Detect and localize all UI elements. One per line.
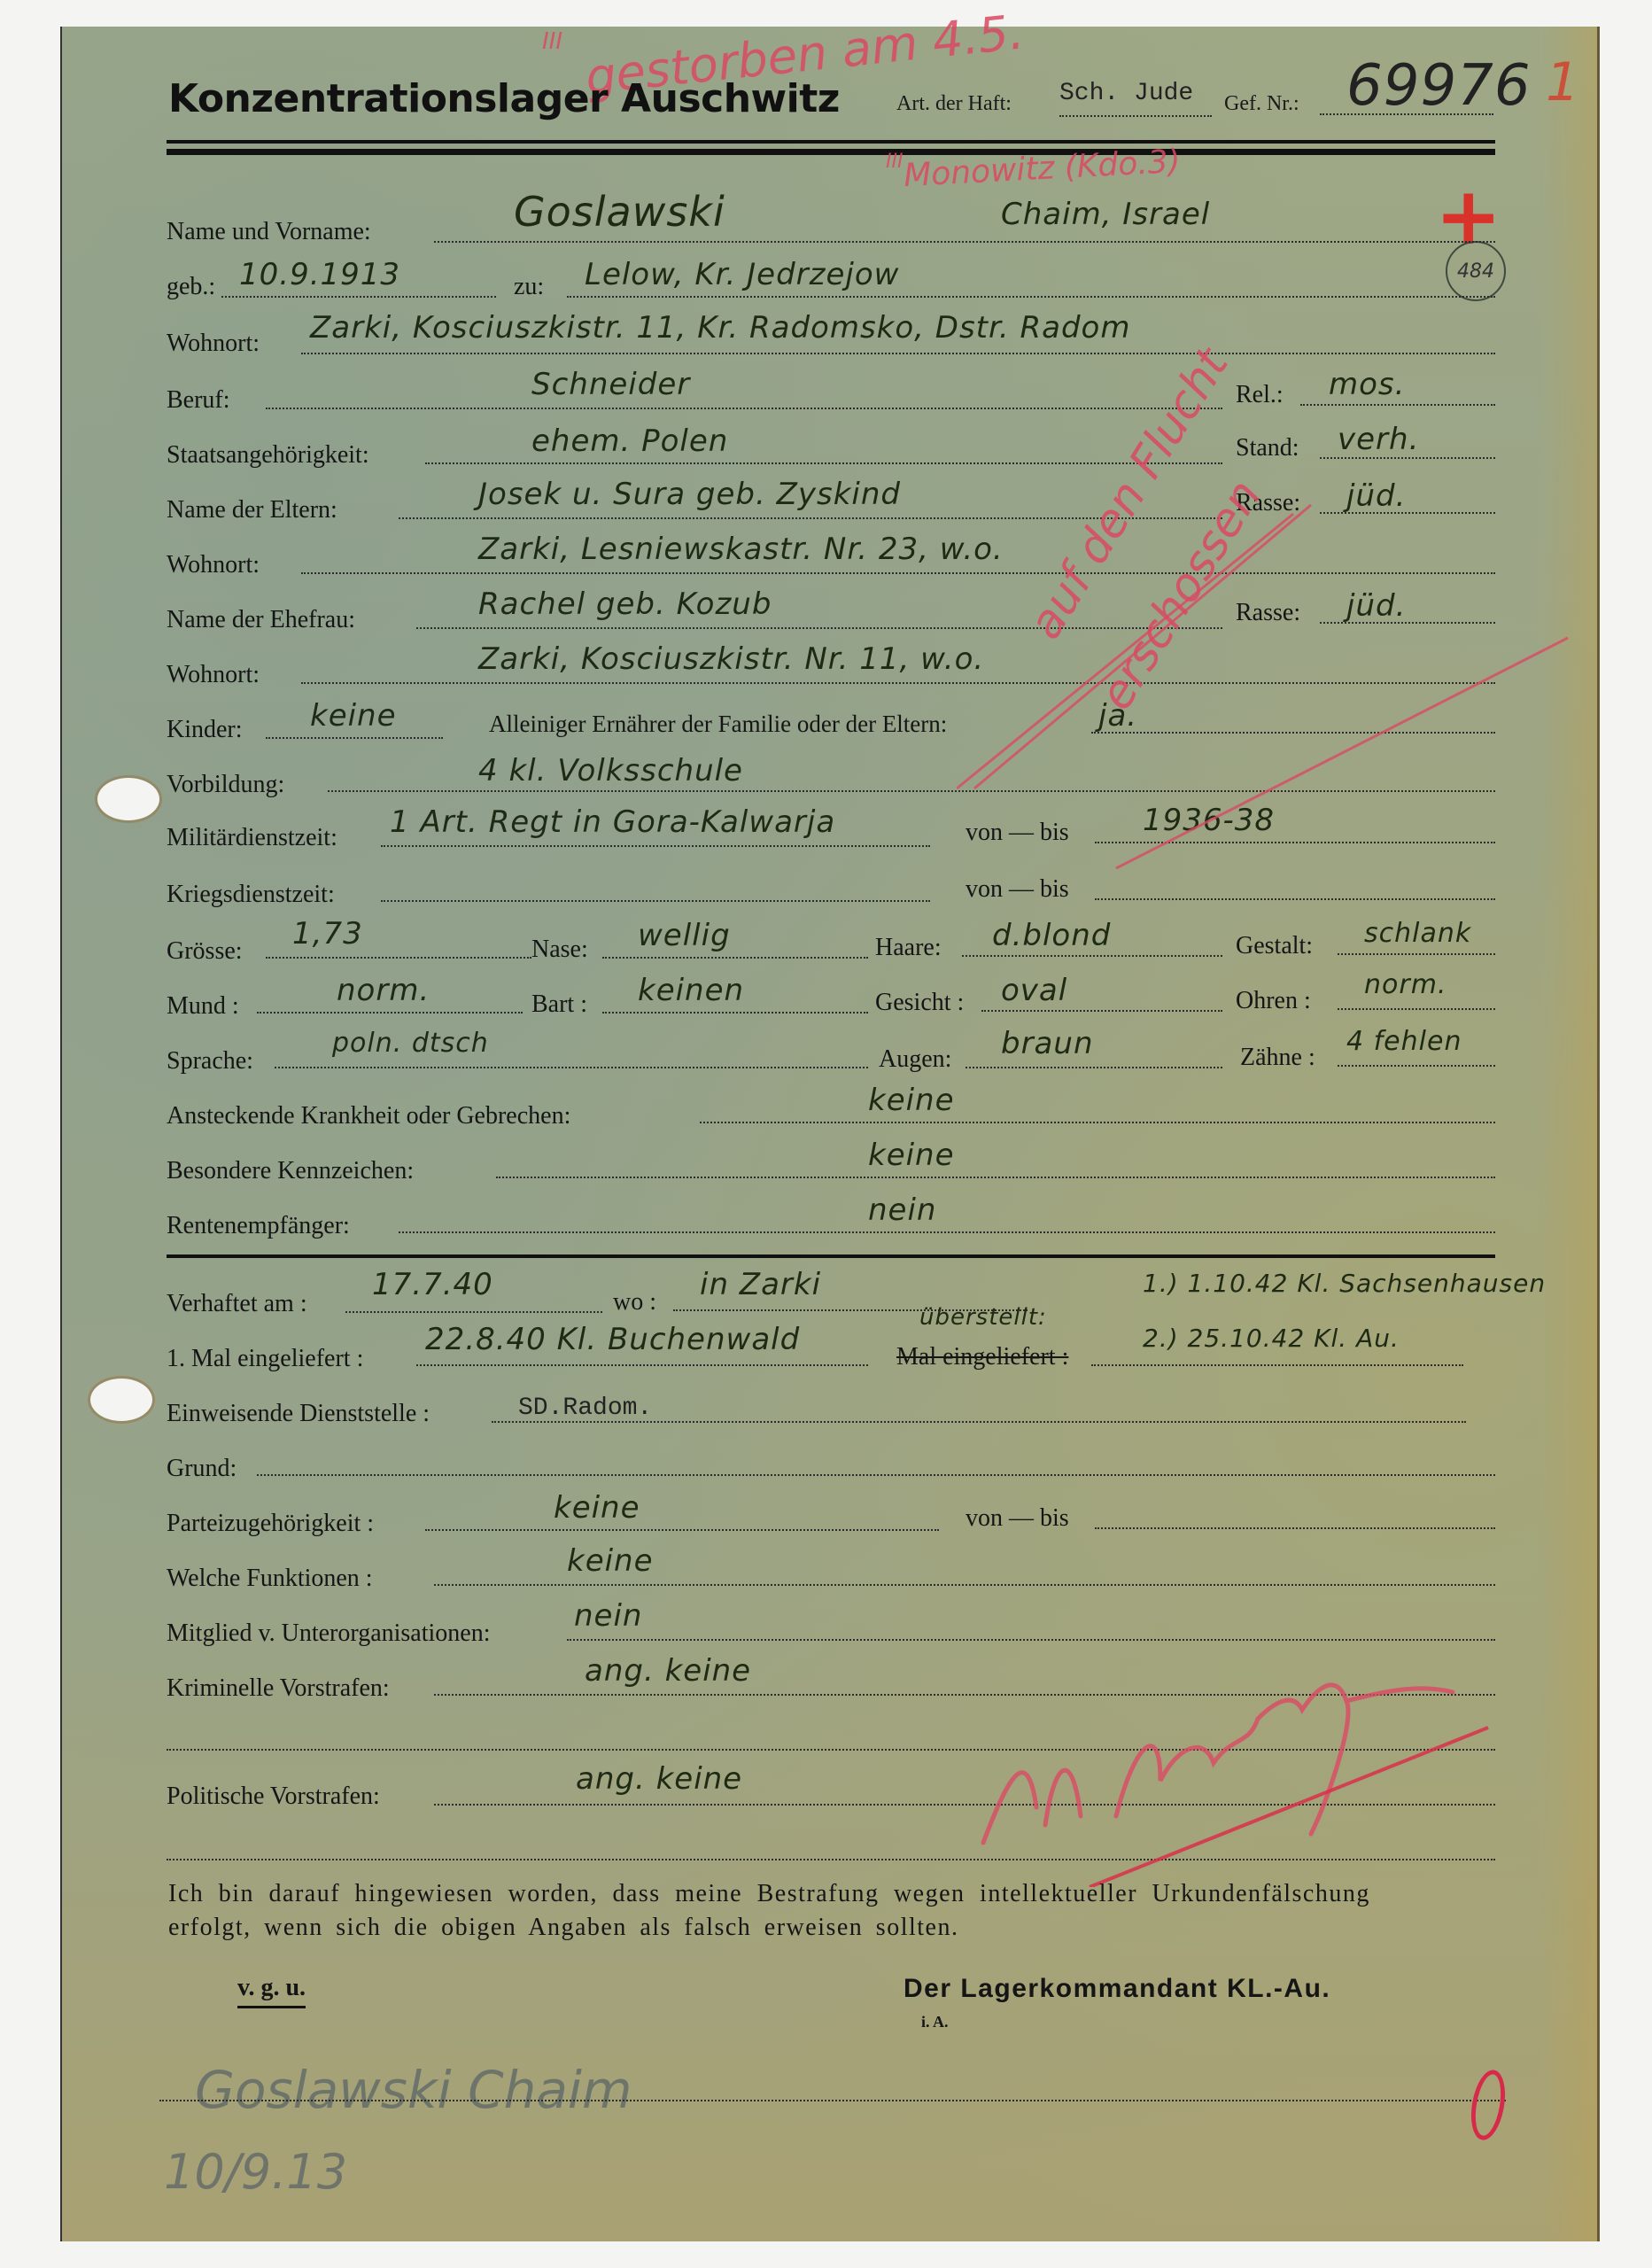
haare-value: d.blond [992,918,1111,953]
ernaehrer-label: Alleiniger Ernährer der Familie oder der… [489,711,947,738]
militaer-line [381,845,930,847]
bart-line [602,1012,868,1014]
wohnort-line [301,353,1495,354]
partei-vonbis-label: von — bis [966,1504,1069,1533]
partei-label: Parteizugehörigkeit : [167,1510,374,1538]
vorbildung-value: 4 kl. Volksschule [478,753,743,788]
grund-label: Grund: [167,1455,237,1483]
gef-line [1320,113,1493,115]
rel-value: mos. [1329,367,1405,402]
mitglied-value: nein [574,1598,642,1634]
punch-hole-top [97,778,159,820]
augen-value: braun [1001,1026,1094,1061]
zu-line [567,296,1495,298]
header-rule-thin [167,140,1495,144]
kinder-line [266,737,443,739]
red-annotation-roman: III [542,28,562,55]
ia-label: i. A. [921,2013,949,2031]
augen-label: Augen: [879,1045,951,1074]
haft-value: Sch. Jude [1059,80,1193,107]
transfer-1: 1.) 1.10.42 Kl. Sachsenhausen [1143,1269,1546,1298]
bart-value: keinen [638,973,744,1008]
mitglied-label: Mitglied v. Unterorganisationen: [167,1619,491,1648]
prisoner-number: 69976 [1346,53,1532,119]
dienststelle-label: Einweisende Dienststelle : [167,1400,430,1428]
staat-line [425,462,1222,464]
krieg-label: Kriegsdienstzeit: [167,881,335,909]
vorbildung-label: Vorbildung: [167,771,284,799]
krankheit-line [700,1122,1495,1123]
rente-label: Rentenempfänger: [167,1212,350,1240]
sprache-line [275,1067,868,1068]
beruf-value: Schneider [531,367,690,402]
mund-value: norm. [337,973,430,1008]
politisch-label: Politische Vorstrafen: [167,1783,380,1811]
krankheit-value: keine [868,1083,955,1118]
wohnort-value: Zarki, Kosciuszkistr. 11, Kr. Radomsko, … [310,310,1130,346]
geb-label: geb.: [167,273,215,301]
declaration-line2: erfolgt, wenn sich die obigen Angaben al… [168,1914,958,1942]
haare-label: Haare: [875,934,942,962]
punch-hole-bottom [90,1379,152,1421]
prisoner-number-red-digit: 1 [1546,51,1579,113]
header-rule-thick [167,149,1495,155]
circled-number: 484 [1446,241,1506,301]
mund-label: Mund : [167,992,239,1021]
kennzeichen-value: keine [868,1138,955,1173]
militaer-value: 1 Art. Regt in Gora-Kalwarja [390,804,835,840]
document-sheet [60,27,1600,2241]
gef-label: Gef. Nr.: [1224,92,1299,116]
rel-line [1300,404,1495,406]
haare-line [962,955,1222,957]
eltern-wohnort-label: Wohnort: [167,551,260,579]
prisoner-signature: Goslawski Chaim [195,2060,632,2120]
kinder-label: Kinder: [167,716,243,744]
staat-label: Staatsangehörigkeit: [167,441,369,470]
stand-line [1320,457,1495,459]
ehefrau-value: Rachel geb. Kozub [478,586,772,622]
eltern-value: Josek u. Sura geb. Zyskind [478,477,901,512]
sprache-label: Sprache: [167,1047,253,1076]
nase-label: Nase: [531,936,588,964]
ohren-line [1338,1008,1495,1010]
groesse-label: Grösse: [167,937,243,966]
militaer-label: Militärdienstzeit: [167,824,337,852]
nase-value: wellig [638,918,731,953]
kriminell-label: Kriminelle Vorstrafen: [167,1674,390,1703]
groesse-value: 1,73 [292,916,363,951]
sprache-value: poln. dtsch [332,1028,489,1059]
nase-line [602,957,868,959]
document-title: Konzentrationslager Auschwitz [168,76,840,121]
mal1-value: 22.8.40 Kl. Buchenwald [425,1322,800,1357]
geb-value: 10.9.1913 [239,257,400,292]
gestalt-line [1338,953,1495,955]
stand-value: verh. [1338,422,1419,457]
zu-value: Lelow, Kr. Jedrzejow [585,257,899,292]
ehefrau-wohnort-label: Wohnort: [167,661,260,689]
partei-line [425,1529,939,1531]
zaehne-label: Zähne : [1240,1044,1315,1072]
gestalt-value: schlank [1364,918,1471,949]
surname-value: Goslawski [514,188,725,236]
ehefrau-wohnort-value: Zarki, Kosciuszkistr. Nr. 11, w.o. [478,641,984,677]
krankheit-label: Ansteckende Krankheit oder Gebrechen: [167,1102,570,1130]
gestalt-label: Gestalt: [1236,932,1313,960]
signature-line [159,2100,1506,2101]
red-strike-lines [957,496,1577,877]
mal2-line [1091,1364,1463,1366]
given-name-value: Chaim, Israel [1001,197,1210,232]
eltern-label: Name der Eltern: [167,496,337,524]
mal1-label: 1. Mal eingeliefert : [167,1345,363,1373]
beruf-line [266,408,1222,409]
wo-value: in Zarki [700,1267,821,1302]
partei-vonbis-line [1095,1527,1495,1529]
wohnort-label: Wohnort: [167,330,260,358]
name-line [434,241,1495,243]
zaehne-line [1338,1065,1495,1067]
ohren-value: norm. [1364,969,1446,1000]
geb-line [221,296,496,298]
transfer-2: 2.) 25.10.42 Kl. Au. [1143,1324,1400,1353]
zu-label: zu: [514,273,544,301]
mal1-line [416,1364,868,1366]
groesse-line [266,957,531,959]
verhaftet-value: 17.7.40 [372,1267,493,1302]
gesicht-value: oval [1001,973,1067,1008]
section-rule [167,1254,1495,1258]
mal2-label: Mal eingeliefert : [896,1343,1068,1371]
gesicht-label: Gesicht : [875,989,964,1017]
partei-value: keine [554,1490,640,1526]
eltern-wohnort-value: Zarki, Lesniewskastr. Nr. 23, w.o. [478,532,1004,567]
mund-line [257,1012,523,1014]
grund-line [257,1474,1495,1476]
politisch-value: ang. keine [576,1761,742,1797]
stand-label: Stand: [1236,434,1299,462]
verhaftet-line [345,1311,602,1313]
rel-label: Rel.: [1236,381,1284,409]
red-signature-icon [957,1639,1524,1887]
pencil-date: 10/9.13 [164,2144,347,2200]
kinder-value: keine [310,698,397,734]
ohren-label: Ohren : [1236,987,1311,1015]
kommandant-label: Der Lagerkommandant KL.-Au. [904,1974,1330,2004]
kennzeichen-label: Besondere Kennzeichen: [167,1157,414,1185]
augen-line [966,1067,1222,1068]
verhaftet-label: Verhaftet am : [167,1290,307,1318]
gesicht-line [981,1010,1222,1012]
haft-label: Art. der Haft: [896,92,1012,116]
rente-value: nein [868,1192,936,1228]
declaration-line1: Ich bin darauf hingewiesen worden, dass … [168,1880,1370,1908]
rente-line [399,1231,1495,1233]
krieg-vonbis-line [1095,898,1495,900]
funktionen-label: Welche Funktionen : [167,1565,373,1593]
ueberstellt-note: überstellt: [919,1304,1047,1331]
haft-line [1059,115,1212,117]
kriminell-value: ang. keine [585,1653,751,1689]
bart-label: Bart : [531,990,587,1019]
red-sub-roman: III [886,151,903,173]
name-label: Name und Vorname: [167,218,371,246]
staat-value: ehem. Polen [531,423,728,459]
beruf-label: Beruf: [167,386,230,415]
funktionen-value: keine [567,1543,654,1579]
zaehne-value: 4 fehlen [1346,1026,1462,1057]
wo-label: wo : [613,1288,656,1317]
ehefrau-label: Name der Ehefrau: [167,606,355,634]
funktionen-line [434,1584,1495,1586]
krieg-line [381,900,930,902]
krieg-vonbis-label: von — bis [966,875,1069,904]
vgu-label: v. g. u. [237,1974,306,2008]
kennzeichen-line [496,1177,1495,1178]
dienststelle-value: SD.Radom. [518,1394,652,1422]
